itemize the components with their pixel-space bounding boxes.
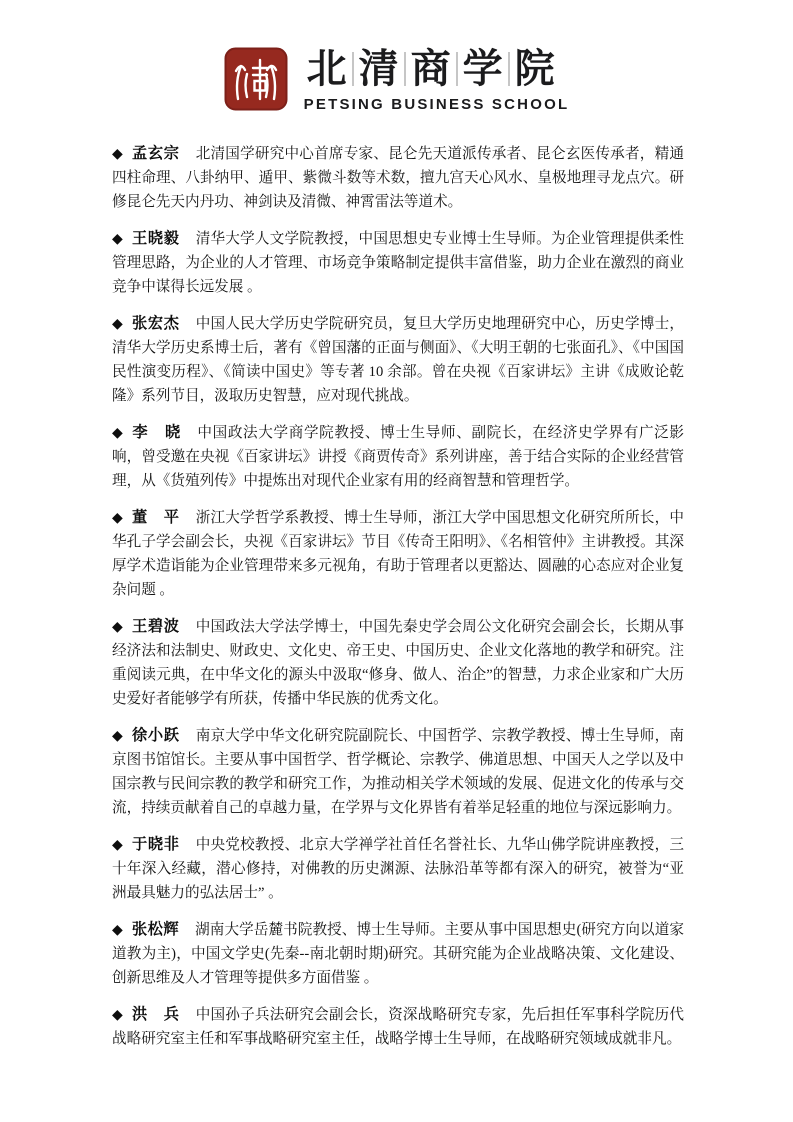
logo-char-separator xyxy=(508,52,510,86)
faculty-name: 王晓毅 xyxy=(132,230,180,247)
faculty-name: 张宏杰 xyxy=(132,315,180,332)
faculty-entry: ◆孟玄宗北清国学研究中心首席专家、昆仑先天道派传承者、昆仑玄医传承者，精通四柱命… xyxy=(112,142,684,214)
document-page: 北清商学院 PETSING BUSINESS SCHOOL ◆孟玄宗北清国学研究… xyxy=(0,0,793,1122)
seal-icon xyxy=(224,47,288,111)
faculty-description: 中国政法大学法学博士，中国先秦史学会周公文化研究会副会长，长期从事经济法和法制史… xyxy=(112,619,684,707)
faculty-description: 中国人民大学历史学院研究员，复旦大学历史地理研究中心，历史学博士，清华大学历史系… xyxy=(112,316,684,404)
faculty-description: 中央党校教授、北京大学禅学社首任名誉社长、九华山佛学院讲座教授，三十年深入经藏，… xyxy=(112,837,684,901)
diamond-bullet-icon: ◆ xyxy=(112,231,123,247)
faculty-description: 北清国学研究中心首席专家、昆仑先天道派传承者、昆仑玄医传承者，精通四柱命理、八卦… xyxy=(112,146,684,210)
faculty-description: 中国孙子兵法研究会副会长，资深战略研究专家，先后担任军事科学院历代战略研究室主任… xyxy=(112,1007,684,1047)
faculty-description: 浙江大学哲学系教授、博士生导师，浙江大学中国思想文化研究所所长，中华孔子学会副会… xyxy=(112,510,684,598)
faculty-name: 孟玄宗 xyxy=(132,145,180,162)
diamond-bullet-icon: ◆ xyxy=(112,425,123,441)
faculty-entry: ◆王碧波中国政法大学法学博士，中国先秦史学会周公文化研究会副会长，长期从事经济法… xyxy=(112,615,684,711)
diamond-bullet-icon: ◆ xyxy=(112,619,123,635)
faculty-list: ◆孟玄宗北清国学研究中心首席专家、昆仑先天道派传承者、昆仑玄医传承者，精通四柱命… xyxy=(112,142,684,1064)
faculty-entry: ◆洪 兵中国孙子兵法研究会副会长，资深战略研究专家，先后担任军事科学院历代战略研… xyxy=(112,1003,684,1051)
diamond-bullet-icon: ◆ xyxy=(112,146,123,162)
faculty-description: 湖南大学岳麓书院教授、博士生导师。主要从事中国思想史(研究方向以道家道教为主)，… xyxy=(112,922,684,986)
faculty-name: 张松辉 xyxy=(132,921,179,938)
faculty-description: 清华大学人文学院教授，中国思想史专业博士生导师。为企业管理提供柔性管理思路，为企… xyxy=(112,231,684,295)
diamond-bullet-icon: ◆ xyxy=(112,728,123,744)
diamond-bullet-icon: ◆ xyxy=(112,510,123,526)
faculty-name: 董 平 xyxy=(132,509,180,526)
faculty-entry: ◆于晓非中央党校教授、北京大学禅学社首任名誉社长、九华山佛学院讲座教授，三十年深… xyxy=(112,833,684,905)
faculty-name: 徐小跃 xyxy=(132,727,180,744)
logo-title-cn: 北清商学院 xyxy=(304,47,558,91)
logo-subtitle-en: PETSING BUSINESS SCHOOL xyxy=(304,96,570,113)
faculty-entry: ◆王晓毅清华大学人文学院教授，中国思想史专业博士生导师。为企业管理提供柔性管理思… xyxy=(112,227,684,299)
faculty-name: 于晓非 xyxy=(132,836,180,853)
faculty-description: 中国政法大学商学院教授、博士生导师、副院长，在经济史学界有广泛影响，曾受邀在央视… xyxy=(112,425,684,489)
faculty-name: 王碧波 xyxy=(132,618,180,635)
diamond-bullet-icon: ◆ xyxy=(112,837,123,853)
logo-text: 北清商学院 PETSING BUSINESS SCHOOL xyxy=(304,47,570,113)
logo-char-separator xyxy=(404,52,406,86)
logo-char: 商 xyxy=(408,47,454,91)
logo-char: 院 xyxy=(512,47,558,91)
faculty-entry: ◆张宏杰中国人民大学历史学院研究员，复旦大学历史地理研究中心，历史学博士，清华大… xyxy=(112,312,684,408)
logo-char: 学 xyxy=(460,47,506,91)
faculty-description: 南京大学中华文化研究院副院长、中国哲学、宗教学教授、博士生导师，南京图书馆馆长。… xyxy=(112,728,684,816)
faculty-entry: ◆徐小跃南京大学中华文化研究院副院长、中国哲学、宗教学教授、博士生导师，南京图书… xyxy=(112,724,684,820)
logo-char: 清 xyxy=(356,47,402,91)
faculty-name: 李 晓 xyxy=(132,424,181,441)
diamond-bullet-icon: ◆ xyxy=(112,922,123,938)
diamond-bullet-icon: ◆ xyxy=(112,316,123,332)
logo: 北清商学院 PETSING BUSINESS SCHOOL xyxy=(0,47,793,113)
logo-char-separator xyxy=(352,52,354,86)
diamond-bullet-icon: ◆ xyxy=(112,1007,123,1023)
logo-char-separator xyxy=(456,52,458,86)
faculty-entry: ◆董 平浙江大学哲学系教授、博士生导师，浙江大学中国思想文化研究所所长，中华孔子… xyxy=(112,506,684,602)
logo-char: 北 xyxy=(304,47,350,91)
faculty-entry: ◆李 晓中国政法大学商学院教授、博士生导师、副院长，在经济史学界有广泛影响，曾受… xyxy=(112,421,684,493)
faculty-entry: ◆张松辉湖南大学岳麓书院教授、博士生导师。主要从事中国思想史(研究方向以道家道教… xyxy=(112,918,684,990)
faculty-name: 洪 兵 xyxy=(132,1006,180,1023)
